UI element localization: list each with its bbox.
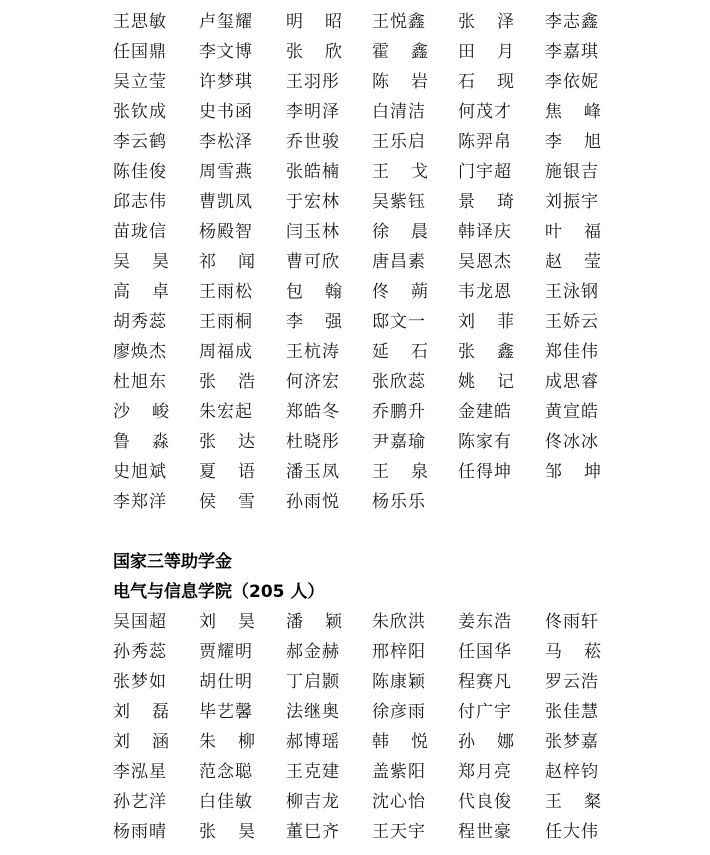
name-cell: 王乐启 [372, 127, 428, 157]
name-cell: 王雨松 [199, 277, 255, 307]
name-cell: 李云鹤 [113, 127, 169, 157]
name-cell: 韩悦 [372, 727, 428, 757]
name-cell: 刘磊 [113, 697, 169, 727]
name-cell: 门宇超 [458, 157, 514, 187]
name-cell: 刘菲 [458, 307, 514, 337]
name-cell: 杨殿智 [199, 217, 255, 247]
name-cell: 尹嘉瑜 [372, 427, 428, 457]
name-cell: 周福成 [199, 337, 255, 367]
name-cell: 朱宏起 [199, 397, 255, 427]
name-cell: 孙娜 [458, 727, 514, 757]
name-cell: 曹可欣 [286, 247, 342, 277]
name-cell: 张梦嘉 [545, 727, 601, 757]
name-cell: 陈家有 [458, 427, 514, 457]
name-cell: 史旭斌 [113, 457, 169, 487]
name-cell: 于宏林 [286, 187, 342, 217]
name-cell: 李文博 [199, 37, 255, 67]
name-list-section-1: 王思敏卢玺耀明昭王悦鑫张泽李志鑫任国鼎李文博张欣霍鑫田月李嘉琪吴立莹许梦琪王羽彤… [113, 7, 613, 517]
name-cell: 吴恩杰 [458, 247, 514, 277]
name-cell: 夏语 [199, 457, 255, 487]
name-cell: 乔鹏升 [372, 397, 428, 427]
name-cell: 李强 [286, 307, 342, 337]
name-cell: 石现 [458, 67, 514, 97]
name-cell: 许梦琪 [199, 67, 255, 97]
name-cell: 鲁淼 [113, 427, 169, 457]
name-cell: 郝博瑶 [286, 727, 342, 757]
name-cell: 王娇云 [545, 307, 601, 337]
name-cell: 施银吉 [545, 157, 601, 187]
name-cell: 张欣蕊 [372, 367, 428, 397]
name-cell: 叶福 [545, 217, 601, 247]
name-cell: 任国鼎 [113, 37, 169, 67]
name-cell: 马菘 [545, 637, 601, 667]
name-cell: 张皓楠 [286, 157, 342, 187]
name-cell: 柳吉龙 [286, 787, 342, 817]
name-cell: 徐晨 [372, 217, 428, 247]
name-cell: 何茂才 [458, 97, 514, 127]
name-cell: 佟冰冰 [545, 427, 601, 457]
name-cell: 张佳慧 [545, 697, 601, 727]
name-cell: 李依妮 [545, 67, 601, 97]
name-cell: 祁闻 [199, 247, 255, 277]
name-cell: 佟雨轩 [545, 607, 601, 637]
name-cell: 张泽 [458, 7, 514, 37]
name-cell: 廖焕杰 [113, 337, 169, 367]
name-cell: 王思敏 [113, 7, 169, 37]
name-cell: 延石 [372, 337, 428, 367]
name-cell: 赵梓钧 [545, 757, 601, 787]
name-cell: 李嘉琪 [545, 37, 601, 67]
name-cell: 闫玉林 [286, 217, 342, 247]
name-cell: 张达 [199, 427, 255, 457]
name-cell: 徐彦雨 [372, 697, 428, 727]
award-title: 国家三等助学金 [113, 547, 613, 577]
name-cell: 郑佳伟 [545, 337, 601, 367]
name-cell: 张钦成 [113, 97, 169, 127]
name-cell: 佟蒴 [372, 277, 428, 307]
name-cell: 吴紫钰 [372, 187, 428, 217]
name-cell: 王雨桐 [199, 307, 255, 337]
name-cell: 刘涵 [113, 727, 169, 757]
name-cell: 刘振宇 [545, 187, 601, 217]
name-cell: 董巳齐 [286, 817, 342, 847]
name-cell: 王戈 [372, 157, 428, 187]
name-cell: 毕艺馨 [199, 697, 255, 727]
name-cell: 周雪燕 [199, 157, 255, 187]
name-cell: 赵莹 [545, 247, 601, 277]
name-cell: 沈心怡 [372, 787, 428, 817]
name-cell: 任得坤 [458, 457, 514, 487]
name-cell: 郑皓冬 [286, 397, 342, 427]
name-cell: 白清洁 [372, 97, 428, 127]
name-cell: 任国华 [458, 637, 514, 667]
name-cell: 张梦如 [113, 667, 169, 697]
name-cell: 高卓 [113, 277, 169, 307]
name-cell: 姜东浩 [458, 607, 514, 637]
name-cell: 李松泽 [199, 127, 255, 157]
name-cell: 吴昊 [113, 247, 169, 277]
name-cell: 朱柳 [199, 727, 255, 757]
document-page: 王思敏卢玺耀明昭王悦鑫张泽李志鑫任国鼎李文博张欣霍鑫田月李嘉琪吴立莹许梦琪王羽彤… [113, 7, 613, 847]
name-cell: 杨雨晴 [113, 817, 169, 847]
name-cell: 张浩 [199, 367, 255, 397]
name-cell: 王泳钢 [545, 277, 601, 307]
name-cell: 陈岩 [372, 67, 428, 97]
name-cell: 陈羿帛 [458, 127, 514, 157]
name-cell: 韩译庆 [458, 217, 514, 247]
name-cell: 田月 [458, 37, 514, 67]
name-cell: 孙艺洋 [113, 787, 169, 817]
name-cell: 刘昊 [199, 607, 255, 637]
name-cell: 张鑫 [458, 337, 514, 367]
name-cell: 付广宇 [458, 697, 514, 727]
name-cell: 邸文一 [372, 307, 428, 337]
name-cell: 范念聪 [199, 757, 255, 787]
name-cell: 法继奥 [286, 697, 342, 727]
name-cell: 白佳敏 [199, 787, 255, 817]
name-cell: 李明泽 [286, 97, 342, 127]
name-cell: 胡仕明 [199, 667, 255, 697]
name-cell: 王泉 [372, 457, 428, 487]
name-cell: 金建皓 [458, 397, 514, 427]
name-cell: 潘颖 [286, 607, 342, 637]
section-spacer [113, 517, 613, 547]
name-cell: 王羽彤 [286, 67, 342, 97]
name-cell: 景琦 [458, 187, 514, 217]
name-cell: 邱志伟 [113, 187, 169, 217]
name-cell: 吴立莹 [113, 67, 169, 97]
name-cell: 苗珑信 [113, 217, 169, 247]
name-cell: 唐昌素 [372, 247, 428, 277]
name-cell: 曹凯凤 [199, 187, 255, 217]
name-cell: 盖紫阳 [372, 757, 428, 787]
name-cell: 李旭 [545, 127, 601, 157]
name-cell: 姚记 [458, 367, 514, 397]
name-cell: 胡秀蕊 [113, 307, 169, 337]
name-list-section-2: 吴国超刘昊潘颖朱欣洪姜东浩佟雨轩孙秀蕊贾耀明郝金赫邢梓阳任国华马菘张梦如胡仕明丁… [113, 607, 613, 847]
name-cell: 吴国超 [113, 607, 169, 637]
name-cell: 丁启颢 [286, 667, 342, 697]
name-cell: 杜旭东 [113, 367, 169, 397]
name-cell: 乔世骏 [286, 127, 342, 157]
name-cell: 郝金赫 [286, 637, 342, 667]
name-cell: 王杭涛 [286, 337, 342, 367]
name-cell: 李泓星 [113, 757, 169, 787]
name-cell: 代良俊 [458, 787, 514, 817]
name-cell: 程世豪 [458, 817, 514, 847]
name-cell: 杜晓彤 [286, 427, 342, 457]
name-cell: 孙秀蕊 [113, 637, 169, 667]
name-cell: 罗云浩 [545, 667, 601, 697]
name-cell: 包翰 [286, 277, 342, 307]
name-cell: 陈佳俊 [113, 157, 169, 187]
name-cell: 李志鑫 [545, 7, 601, 37]
name-cell: 郑月亮 [458, 757, 514, 787]
name-cell: 焦峰 [545, 97, 601, 127]
name-cell: 史书函 [199, 97, 255, 127]
name-cell: 邢梓阳 [372, 637, 428, 667]
name-cell: 邹坤 [545, 457, 601, 487]
name-cell: 李郑洋 [113, 487, 169, 517]
name-cell: 黄宣皓 [545, 397, 601, 427]
name-cell: 明昭 [286, 7, 342, 37]
college-title: 电气与信息学院（205 人） [113, 577, 613, 607]
name-cell: 陈康颖 [372, 667, 428, 697]
name-cell: 霍鑫 [372, 37, 428, 67]
name-cell: 韦龙恩 [458, 277, 514, 307]
name-cell: 王悦鑫 [372, 7, 428, 37]
name-cell: 潘玉凤 [286, 457, 342, 487]
name-cell: 沙峻 [113, 397, 169, 427]
name-cell: 张欣 [286, 37, 342, 67]
name-cell: 何济宏 [286, 367, 342, 397]
name-cell: 贾耀明 [199, 637, 255, 667]
name-cell: 王粲 [545, 787, 601, 817]
name-cell: 程赛凡 [458, 667, 514, 697]
name-cell: 王克建 [286, 757, 342, 787]
name-cell: 卢玺耀 [199, 7, 255, 37]
name-cell: 侯雪 [199, 487, 255, 517]
name-cell: 王天宇 [372, 817, 428, 847]
name-cell: 成思睿 [545, 367, 601, 397]
name-cell: 孙雨悦 [286, 487, 342, 517]
name-cell: 张昊 [199, 817, 255, 847]
name-cell: 朱欣洪 [372, 607, 428, 637]
name-cell: 任大伟 [545, 817, 601, 847]
name-cell: 杨乐乐 [372, 487, 428, 517]
